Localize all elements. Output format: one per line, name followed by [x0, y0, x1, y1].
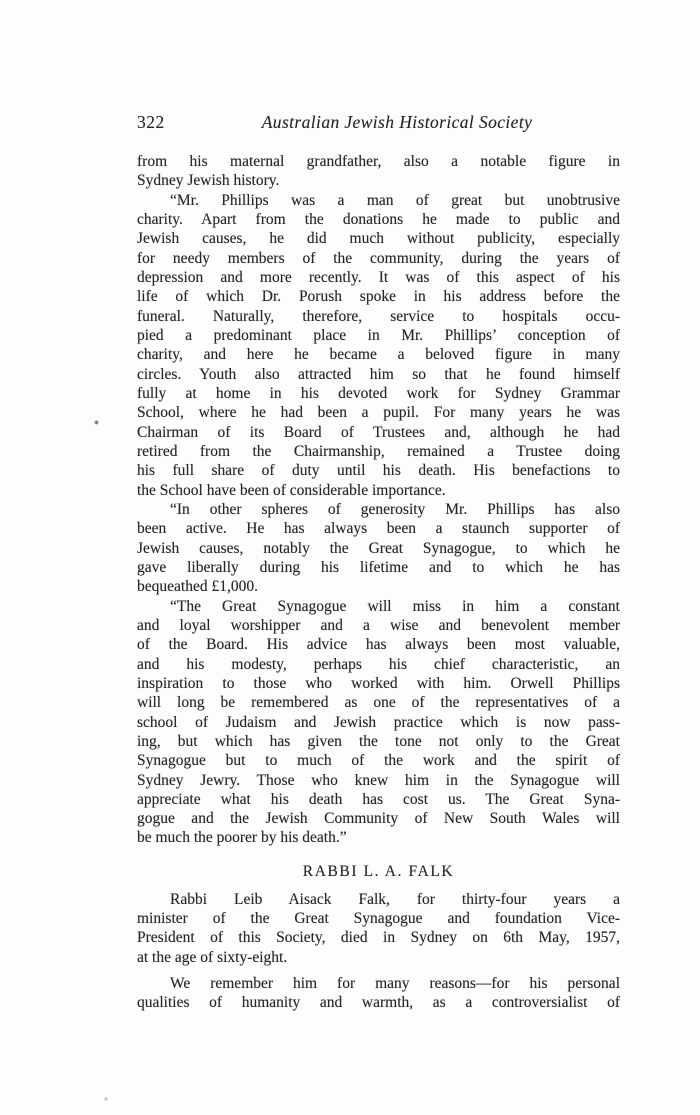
text-line: be much the poorer by his death.” — [137, 828, 620, 847]
text-line: Sydney Jewry. Those who knew him in the … — [137, 771, 620, 790]
text-line: Sydney Jewish history. — [137, 171, 620, 190]
text-line: and his modesty, perhaps his chief chara… — [137, 655, 620, 674]
text-line: gogue and the Jewish Community of New So… — [137, 809, 620, 828]
text-line: qualities of humanity and warmth, as a c… — [137, 993, 620, 1012]
text-line: inspiration to those who worked with him… — [137, 674, 620, 693]
text-line: school of Judaism and Jewish practice wh… — [137, 713, 620, 732]
page-number: 322 — [137, 112, 165, 133]
paragraph: from his maternal grandfather, also a no… — [137, 152, 620, 191]
text-line: at the age of sixty-eight. — [137, 948, 620, 967]
text-line: life of which Dr. Porush spoke in his ad… — [137, 287, 620, 306]
scanned-book-page: 322 Australian Jewish Historical Society… — [0, 0, 700, 1115]
text-line: his full share of duty until his death. … — [137, 461, 620, 480]
paragraph: “The Great Synagogue will miss in him a … — [137, 597, 620, 848]
paragraph: “In other spheres of generosity Mr. Phil… — [137, 500, 620, 597]
text-line: from his maternal grandfather, also a no… — [137, 152, 620, 171]
text-line: Jewish causes, he did much without publi… — [137, 229, 620, 248]
paragraph: We remember him for many reasons—for his… — [137, 974, 620, 1013]
text-line: and loyal worshipper and a wise and bene… — [137, 616, 620, 635]
text-line: Jewish causes, notably the Great Synagog… — [137, 539, 620, 558]
text-line: pied a predominant place in Mr. Phillips… — [137, 326, 620, 345]
paragraph: Rabbi Leib Aisack Falk, for thirty-four … — [137, 890, 620, 967]
journal-title: Australian Jewish Historical Society — [197, 112, 597, 133]
text-line: will long be remembered as one of the re… — [137, 693, 620, 712]
text-line: Rabbi Leib Aisack Falk, for thirty-four … — [137, 890, 620, 909]
text-line: minister of the Great Synagogue and foun… — [137, 909, 620, 928]
running-header: 322 Australian Jewish Historical Society — [137, 112, 620, 136]
text-line: We remember him for many reasons—for his… — [137, 974, 620, 993]
text-line: gave liberally during his lifetime and t… — [137, 558, 620, 577]
text-line: Synagogue but to much of the work and th… — [137, 751, 620, 770]
text-line: appreciate what his death has cost us. T… — [137, 790, 620, 809]
text-line: School, where he had been a pupil. For m… — [137, 403, 620, 422]
text-line: fully at home in his devoted work for Sy… — [137, 384, 620, 403]
ink-speck — [104, 1097, 108, 1101]
text-line: been active. He has always been a staunc… — [137, 519, 620, 538]
falk-obituary-text: Rabbi Leib Aisack Falk, for thirty-four … — [137, 890, 620, 1013]
text-line: for needy members of the community, duri… — [137, 249, 620, 268]
ink-speck — [94, 420, 99, 425]
text-line: ing, but which has given the tone not on… — [137, 732, 620, 751]
text-line: retired from the Chairmanship, remained … — [137, 442, 620, 461]
phillips-obituary-text: from his maternal grandfather, also a no… — [137, 152, 620, 848]
text-line: President of this Society, died in Sydne… — [137, 928, 620, 947]
text-line: of the Board. His advice has always been… — [137, 635, 620, 654]
text-line: bequeathed £1,000. — [137, 577, 620, 596]
body-text-column: from his maternal grandfather, also a no… — [137, 152, 620, 1013]
text-line: “Mr. Phillips was a man of great but uno… — [137, 191, 620, 210]
paragraph: “Mr. Phillips was a man of great but uno… — [137, 191, 620, 500]
text-line: funeral. Naturally, therefore, service t… — [137, 307, 620, 326]
text-line: charity. Apart from the donations he mad… — [137, 210, 620, 229]
text-line: Chairman of its Board of Trustees and, a… — [137, 423, 620, 442]
text-line: depression and more recently. It was of … — [137, 268, 620, 287]
text-line: “The Great Synagogue will miss in him a … — [137, 597, 620, 616]
falk-section-heading: RABBI L. A. FALK — [137, 862, 620, 882]
text-line: charity, and here he became a beloved fi… — [137, 345, 620, 364]
text-line: “In other spheres of generosity Mr. Phil… — [137, 500, 620, 519]
text-line: the School have been of considerable imp… — [137, 481, 620, 500]
text-line: circles. Youth also attracted him so tha… — [137, 365, 620, 384]
